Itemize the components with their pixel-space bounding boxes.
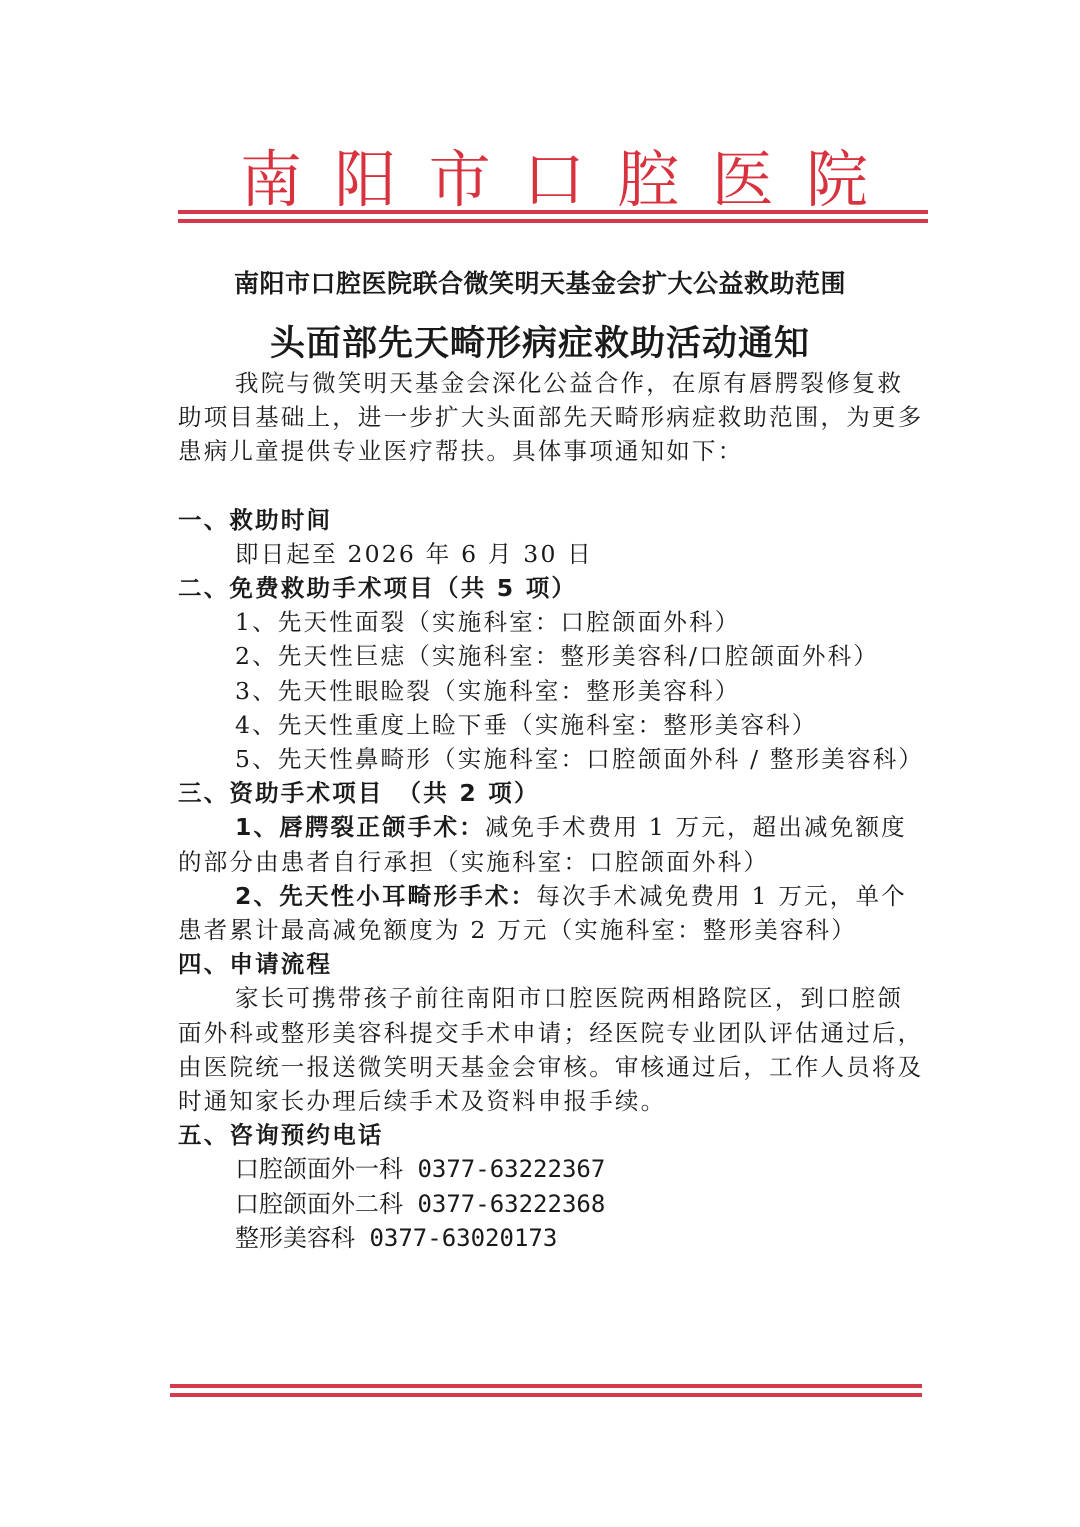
- free-surgery-item: 1、先天性面裂（实施科室：口腔颌面外科）: [178, 605, 928, 639]
- letterhead-char: 院: [806, 145, 868, 215]
- aid-period: 即日起至 2026 年 6 月 30 日: [178, 537, 928, 571]
- section-heading-time: 一、救助时间: [178, 503, 928, 537]
- footer-rule-top: [170, 1384, 922, 1388]
- letterhead-char: 南: [240, 145, 302, 215]
- intro-paragraph: 我院与微笑明天基金会深化公益合作，在原有唇腭裂修复救助项目基础上，进一步扩大头面…: [178, 366, 928, 469]
- contact-dept: 口腔颌面外二科: [235, 1190, 403, 1218]
- contact-phone: 0377-63222368: [417, 1190, 605, 1218]
- section-heading-free-surgery: 二、免费救助手术项目（共 5 项）: [178, 571, 928, 605]
- letterhead-char: 医: [712, 145, 774, 215]
- letterhead-rule-top: [178, 210, 928, 214]
- subsidized-surgery-label: 1、唇腭裂正颌手术：: [235, 813, 485, 841]
- free-surgery-item: 5、先天性鼻畸形（实施科室：口腔颌面外科 / 整形美容科）: [178, 742, 928, 776]
- subsidized-surgery-item: 1、唇腭裂正颌手术：减免手术费用 1 万元，超出减免额度的部分由患者自行承担（实…: [178, 810, 928, 878]
- footer-rule-bottom: [170, 1393, 922, 1397]
- contact-dept: 整形美容科: [235, 1224, 355, 1252]
- free-surgery-item: 3、先天性眼睑裂（实施科室：整形美容科）: [178, 674, 928, 708]
- section-heading-subsidized-surgery: 三、资助手术项目 （共 2 项）: [178, 776, 928, 810]
- section-heading-application: 四、申请流程: [178, 947, 928, 981]
- spacer: [178, 469, 928, 503]
- letterhead-char: 腔: [617, 145, 679, 215]
- free-surgery-item: 2、先天性巨痣（实施科室：整形美容科/口腔颌面外科）: [178, 639, 928, 673]
- letterhead-char: 市: [429, 145, 491, 215]
- contact-line: 口腔颌面外一科 0377-63222367: [178, 1152, 928, 1186]
- application-process: 家长可携带孩子前往南阳市口腔医院两相路院区，到口腔颌面外科或整形美容科提交手术申…: [178, 981, 928, 1118]
- letterhead-rule-bottom: [178, 219, 928, 223]
- subsidized-surgery-label: 2、先天性小耳畸形手术：: [235, 882, 536, 910]
- document-body: 我院与微笑明天基金会深化公益合作，在原有唇腭裂修复救助项目基础上，进一步扩大头面…: [178, 366, 928, 1255]
- letterhead-char: 口: [523, 145, 585, 215]
- letterhead-char: 阳: [334, 145, 396, 215]
- contact-line: 口腔颌面外二科 0377-63222368: [178, 1187, 928, 1221]
- document-title: 头面部先天畸形病症救助活动通知: [0, 316, 1080, 366]
- contact-dept: 口腔颌面外一科: [235, 1155, 403, 1183]
- document-subtitle: 南阳市口腔医院联合微笑明天基金会扩大公益救助范围: [0, 264, 1080, 300]
- contact-phone: 0377-63222367: [417, 1155, 605, 1183]
- section-heading-contact: 五、咨询预约电话: [178, 1118, 928, 1152]
- contact-line: 整形美容科 0377-63020173: [178, 1221, 928, 1255]
- letterhead-title: 南 阳 市 口 腔 医 院: [180, 145, 926, 215]
- contact-phone: 0377-63020173: [369, 1224, 557, 1252]
- subsidized-surgery-item: 2、先天性小耳畸形手术：每次手术减免费用 1 万元，单个患者累计最高减免额度为 …: [178, 879, 928, 947]
- free-surgery-item: 4、先天性重度上睑下垂（实施科室：整形美容科）: [178, 708, 928, 742]
